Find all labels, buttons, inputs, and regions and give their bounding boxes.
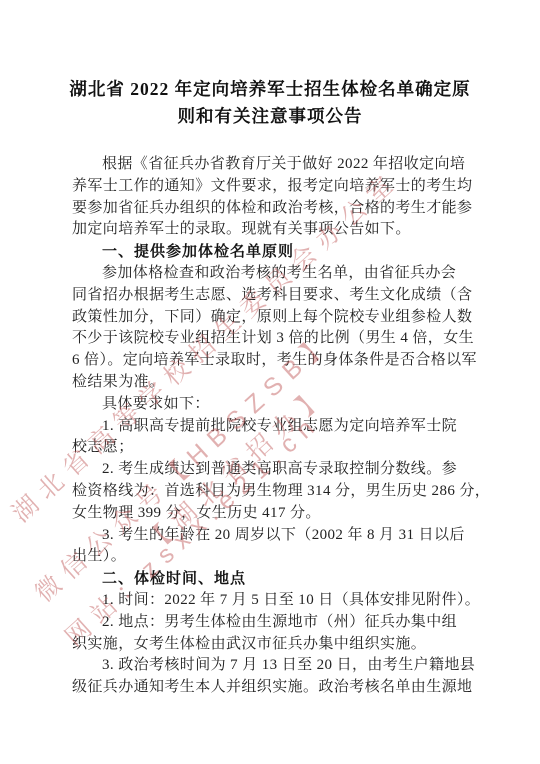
doc-line: 加定向培养军士的录取。现就有关事项公告如下。 <box>72 219 468 241</box>
page-title-line-2: 则和有关注意事项公告 <box>40 103 500 130</box>
doc-line: 一、提供参加体检名单原则 <box>72 241 468 263</box>
doc-line: 具体要求如下： <box>72 394 468 416</box>
doc-line: 要参加省征兵办组织的体检和政治考核，合格的考生才能参 <box>72 198 468 220</box>
doc-line: 2. 考生成绩达到普通类高职高专录取控制分数线。参 <box>72 459 468 481</box>
page-title: 湖北省 2022 年定向培养军士招生体检名单确定原 则和有关注意事项公告 <box>40 76 500 130</box>
doc-line: 不少于该院校专业组招生计划 3 倍的比例（男生 4 倍，女生 <box>72 328 468 350</box>
doc-line: 根据《省征兵办省教育厅关于做好 2022 年招收定向培 <box>72 154 468 176</box>
doc-line: 二、体检时间、地点 <box>72 568 468 590</box>
doc-line: 织实施，女考生体检由武汉市征兵办集中组织实施。 <box>72 634 468 656</box>
doc-line: 养军士工作的通知》文件要求，报考定向培养军士的考生均 <box>72 176 468 198</box>
doc-line: 1. 高职高专提前批院校专业组志愿为定向培养军士院 <box>72 416 468 438</box>
doc-line: 检结果为准。 <box>72 372 468 394</box>
doc-line: 3. 考生的年龄在 20 周岁以下（2002 年 8 月 31 日以后 <box>72 525 468 547</box>
doc-line: 女生物理 399 分，女生历史 417 分。 <box>72 503 468 525</box>
doc-line: 政策性加分，下同）确定，原则上每个院校专业组参检人数 <box>72 307 468 329</box>
doc-line: 3. 政治考核时间为 7 月 13 日至 20 日，由考生户籍地县 <box>72 655 468 677</box>
doc-line: 级征兵办通知考生本人并组织实施。政治考核名单由生源地 <box>72 677 468 699</box>
page-title-line-1: 湖北省 2022 年定向培养军士招生体检名单确定原 <box>40 76 500 103</box>
doc-line: 检资格线为：首选科目为男生物理 314 分，男生历史 286 分， <box>72 481 468 503</box>
doc-line: 1. 时间：2022 年 7 月 5 日至 10 日（具体安排见附件）。 <box>72 590 468 612</box>
doc-line: 6 倍）。定向培养军士录取时，考生的身体条件是否合格以军 <box>72 350 468 372</box>
document-body: 根据《省征兵办省教育厅关于做好 2022 年招收定向培养军士工作的通知》文件要求… <box>0 154 540 699</box>
doc-line: 校志愿； <box>72 437 468 459</box>
doc-line: 出生）。 <box>72 546 468 568</box>
doc-line: 参加体格检查和政治考核的考生名单，由省征兵办会 <box>72 263 468 285</box>
doc-line: 2. 地点：男考生体检由生源地市（州）征兵办集中组 <box>72 612 468 634</box>
doc-line: 同省招办根据考生志愿、选考科目要求、考生文化成绩（含 <box>72 285 468 307</box>
announcement-page: 湖北省 2022 年定向培养军士招生体检名单确定原 则和有关注意事项公告 根据《… <box>0 0 540 764</box>
